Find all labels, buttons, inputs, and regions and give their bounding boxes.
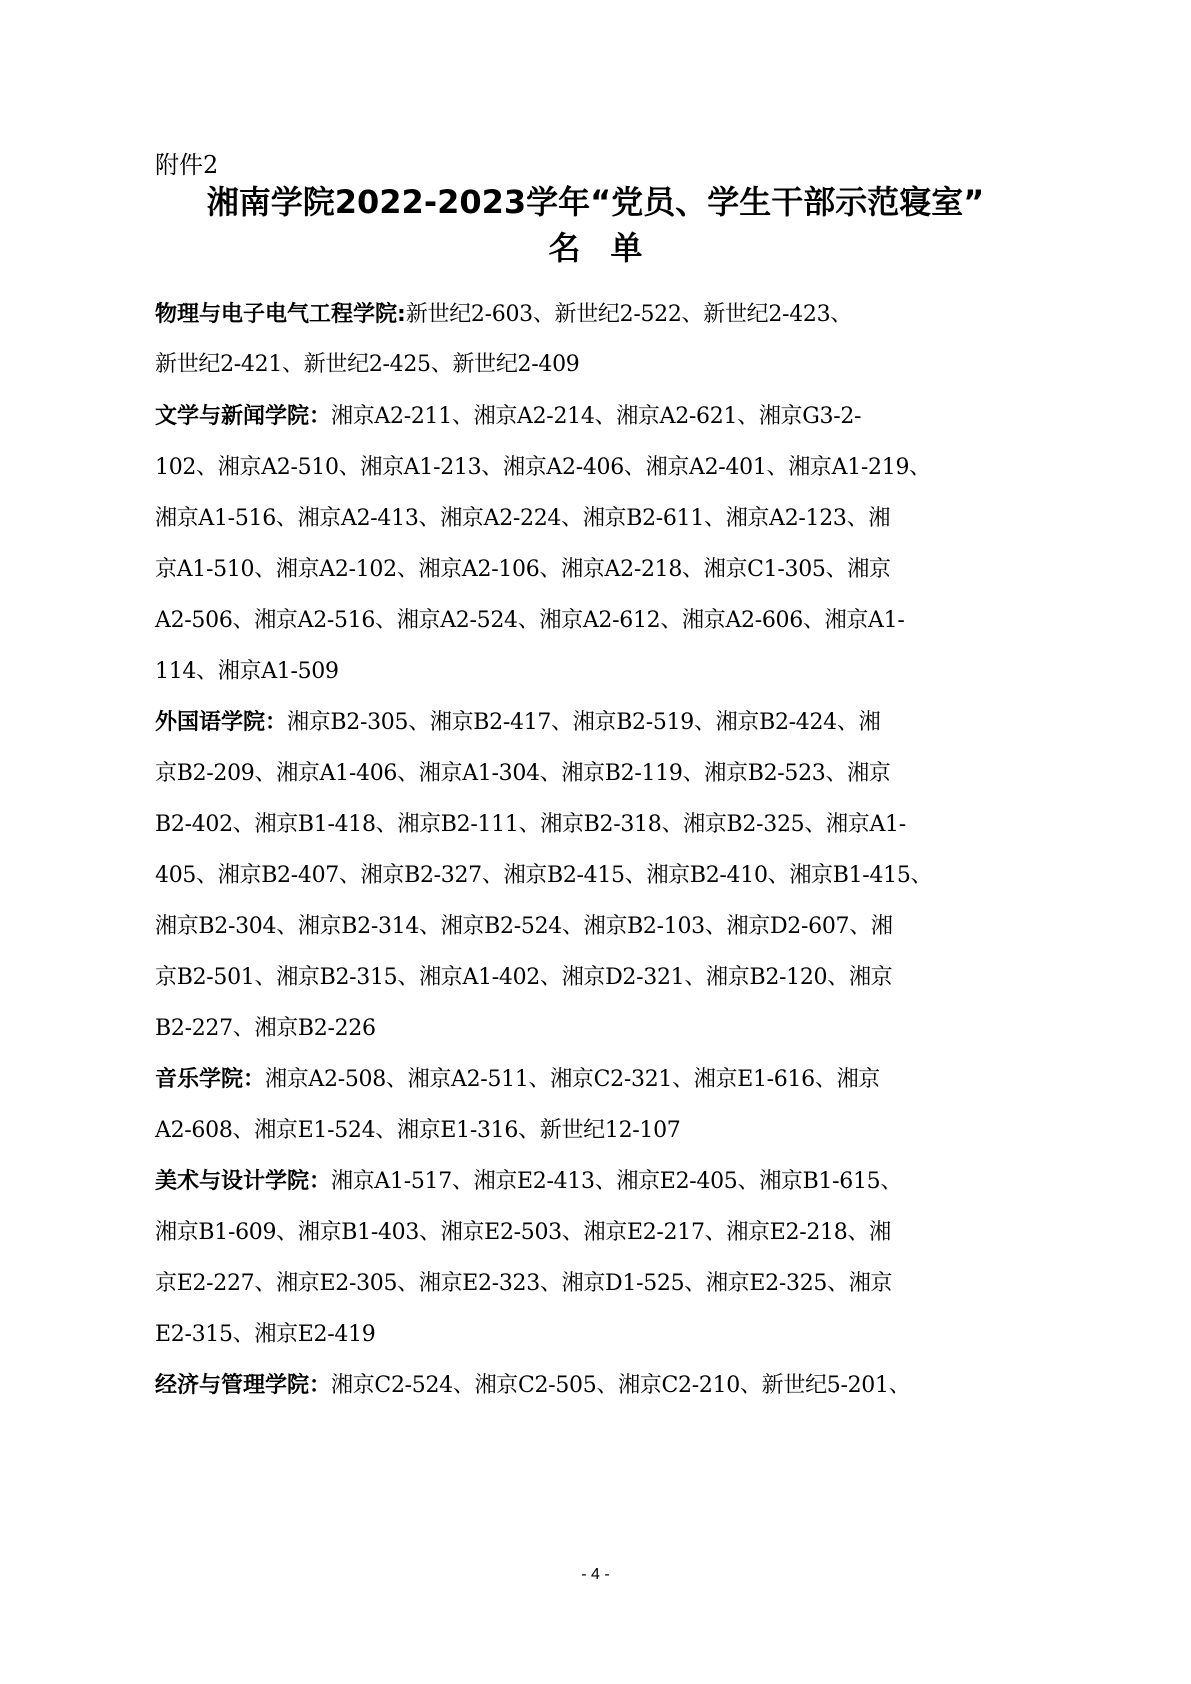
dorm-list: 405、湘京B2-407、湘京B2-327、湘京B2-415、湘京B2-410、… [155, 863, 932, 888]
section-art-design-line-4: E2-315、湘京E2-419 [155, 1320, 375, 1350]
dorm-list: 湘京B2-305、湘京B2-417、湘京B2-519、湘京B2-424、湘 [287, 710, 880, 735]
dorm-list: 新世纪2-421、新世纪2-425、新世纪2-409 [155, 352, 579, 377]
document-page: 附件2 湘南学院2022-2023学年“党员、学生干部示范寝室” 名单 物理与电… [0, 0, 1191, 1684]
page-number: - 4 - [0, 1565, 1191, 1585]
section-literature-line-3: 湘京A1-516、湘京A2-413、湘京A2-224、湘京B2-611、湘京A2… [155, 504, 890, 534]
dorm-list: 京A1-510、湘京A2-102、湘京A2-106、湘京A2-218、湘京C1-… [155, 557, 891, 582]
dorm-list: 湘京A2-508、湘京A2-511、湘京C2-321、湘京E1-616、湘京 [265, 1067, 880, 1092]
dorm-list: A2-608、湘京E1-524、湘京E1-316、新世纪12-107 [155, 1118, 681, 1143]
dorm-list: 湘京C2-524、湘京C2-505、湘京C2-210、新世纪5-201、 [331, 1373, 910, 1398]
section-foreign-languages-line-3: B2-402、湘京B1-418、湘京B2-111、湘京B2-318、湘京B2-3… [155, 810, 906, 840]
dorm-list: 京B2-501、湘京B2-315、湘京A1-402、湘京D2-321、湘京B2-… [155, 965, 892, 990]
dorm-list: 京E2-227、湘京E2-305、湘京E2-323、湘京D1-525、湘京E2-… [155, 1271, 892, 1296]
section-art-design-line-1: 美术与设计学院：湘京A1-517、湘京E2-413、湘京E2-405、湘京B1-… [155, 1167, 902, 1197]
college-name: 美术与设计学院： [155, 1169, 331, 1194]
dorm-list: 新世纪2-603、新世纪2-522、新世纪2-423、 [406, 302, 852, 327]
section-literature-line-6: 114、湘京A1-509 [155, 657, 339, 687]
dorm-list: 湘京B1-609、湘京B1-403、湘京E2-503、湘京E2-217、湘京E2… [155, 1220, 891, 1245]
dorm-list: 京B2-209、湘京A1-406、湘京A1-304、湘京B2-119、湘京B2-… [155, 761, 891, 786]
college-name: 音乐学院： [155, 1067, 265, 1092]
section-music-line-1: 音乐学院：湘京A2-508、湘京A2-511、湘京C2-321、湘京E1-616… [155, 1065, 880, 1095]
section-foreign-languages-line-7: B2-227、湘京B2-226 [155, 1014, 376, 1044]
dorm-list: E2-315、湘京E2-419 [155, 1322, 375, 1347]
dorm-list: B2-402、湘京B1-418、湘京B2-111、湘京B2-318、湘京B2-3… [155, 812, 906, 837]
dorm-list: 114、湘京A1-509 [155, 659, 339, 684]
attachment-label: 附件2 [155, 150, 218, 180]
section-physics-line-1: 物理与电子电气工程学院:新世纪2-603、新世纪2-522、新世纪2-423、 [155, 300, 852, 330]
college-name: 物理与电子电气工程学院: [155, 302, 406, 327]
dorm-list: 湘京A1-517、湘京E2-413、湘京E2-405、湘京B1-615、 [331, 1169, 902, 1194]
section-art-design-line-3: 京E2-227、湘京E2-305、湘京E2-323、湘京D1-525、湘京E2-… [155, 1269, 892, 1299]
section-literature-line-5: A2-506、湘京A2-516、湘京A2-524、湘京A2-612、湘京A2-6… [155, 606, 904, 636]
section-art-design-line-2: 湘京B1-609、湘京B1-403、湘京E2-503、湘京E2-217、湘京E2… [155, 1218, 891, 1248]
section-foreign-languages-line-1: 外国语学院：湘京B2-305、湘京B2-417、湘京B2-519、湘京B2-42… [155, 708, 880, 738]
section-foreign-languages-line-2: 京B2-209、湘京A1-406、湘京A1-304、湘京B2-119、湘京B2-… [155, 759, 891, 789]
dorm-list: 湘京A2-211、湘京A2-214、湘京A2-621、湘京G3-2- [331, 404, 861, 429]
dorm-list: 湘京A1-516、湘京A2-413、湘京A2-224、湘京B2-611、湘京A2… [155, 506, 890, 531]
section-foreign-languages-line-5: 湘京B2-304、湘京B2-314、湘京B2-524、湘京B2-103、湘京D2… [155, 912, 893, 942]
college-name: 经济与管理学院： [155, 1373, 331, 1398]
section-literature-line-2: 102、湘京A2-510、湘京A1-213、湘京A2-406、湘京A2-401、… [155, 453, 931, 483]
section-foreign-languages-line-6: 京B2-501、湘京B2-315、湘京A1-402、湘京D2-321、湘京B2-… [155, 963, 892, 993]
document-subtitle: 名单 [0, 228, 1191, 268]
section-foreign-languages-line-4: 405、湘京B2-407、湘京B2-327、湘京B2-415、湘京B2-410、… [155, 861, 932, 891]
college-name: 文学与新闻学院： [155, 404, 331, 429]
section-literature-line-4: 京A1-510、湘京A2-102、湘京A2-106、湘京A2-218、湘京C1-… [155, 555, 891, 585]
section-economics-line-1: 经济与管理学院：湘京C2-524、湘京C2-505、湘京C2-210、新世纪5-… [155, 1371, 910, 1401]
dorm-list: B2-227、湘京B2-226 [155, 1016, 376, 1041]
section-literature-line-1: 文学与新闻学院：湘京A2-211、湘京A2-214、湘京A2-621、湘京G3-… [155, 402, 861, 432]
dorm-list: 102、湘京A2-510、湘京A1-213、湘京A2-406、湘京A2-401、… [155, 455, 931, 480]
section-music-line-2: A2-608、湘京E1-524、湘京E1-316、新世纪12-107 [155, 1116, 681, 1146]
college-name: 外国语学院： [155, 710, 287, 735]
dorm-list: 湘京B2-304、湘京B2-314、湘京B2-524、湘京B2-103、湘京D2… [155, 914, 893, 939]
dorm-list: A2-506、湘京A2-516、湘京A2-524、湘京A2-612、湘京A2-6… [155, 608, 904, 633]
document-title: 湘南学院2022-2023学年“党员、学生干部示范寝室” [0, 182, 1191, 222]
section-physics-line-2: 新世纪2-421、新世纪2-425、新世纪2-409 [155, 350, 579, 380]
